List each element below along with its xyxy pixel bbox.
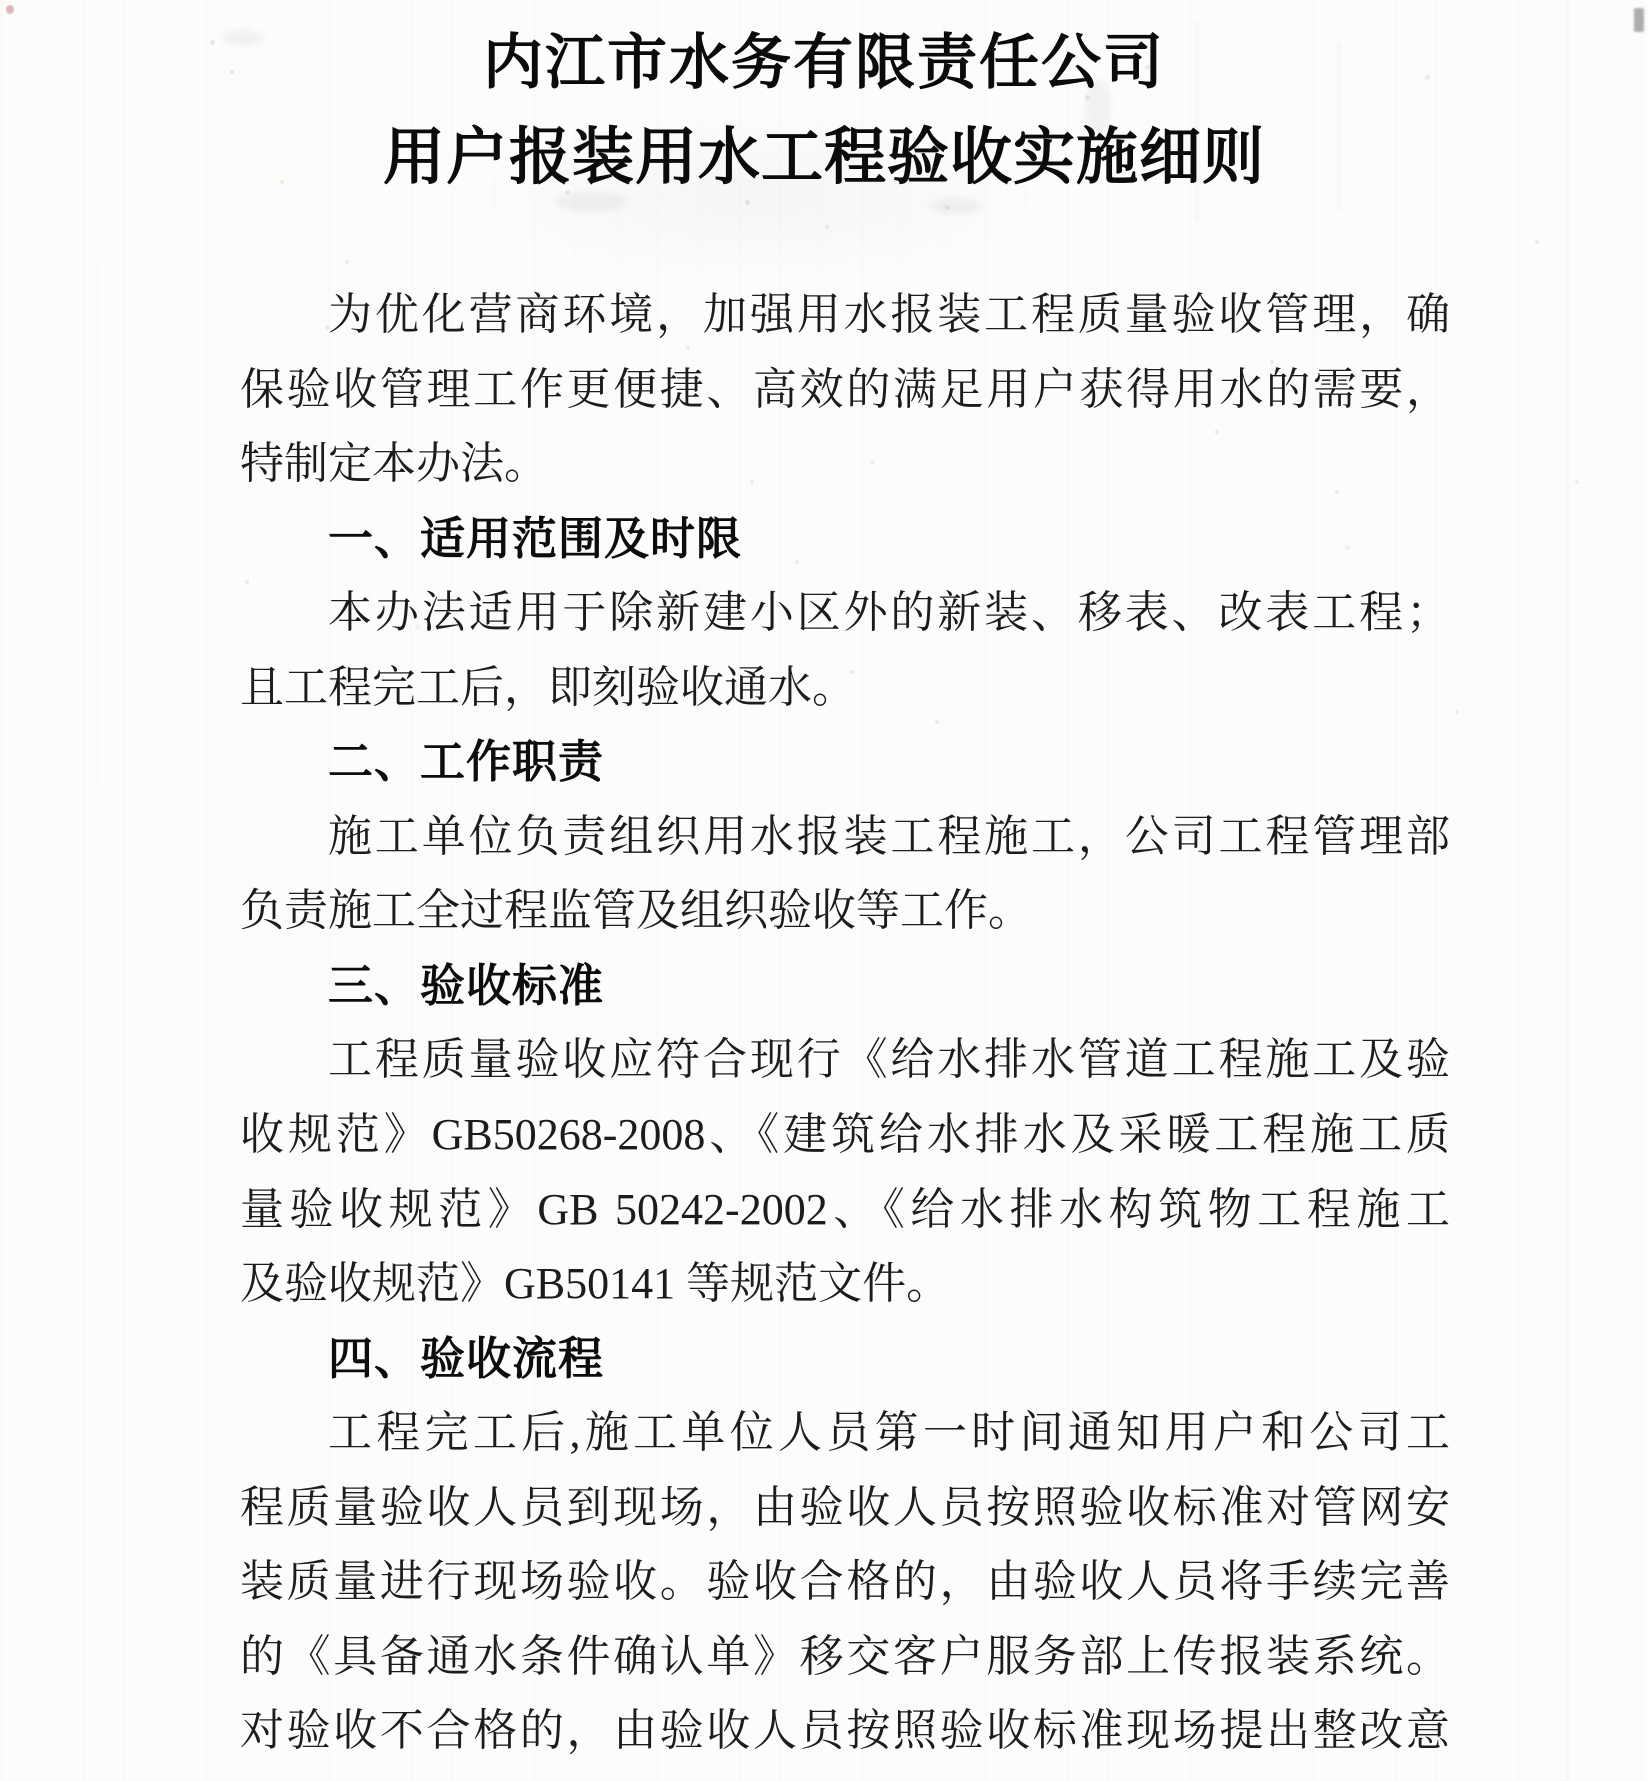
- scanned-document-page: 内江市水务有限责任公司 用户报装用水工程验收实施细则 为优化营商环境，加强用水报…: [0, 0, 1648, 1781]
- text-line: 量验收规范》GB 50242-2002、《给水排水构筑物工程施工: [240, 1173, 1450, 1248]
- text-line: 特制定本办法。: [240, 427, 1450, 502]
- document-title-line-2: 用户报装用水工程验收实施细则: [0, 118, 1648, 198]
- scan-streak: [1566, 0, 1569, 1781]
- text-line: 为优化营商环境，加强用水报装工程质量验收管理，确: [240, 278, 1450, 353]
- section-heading-4: 四、验收流程: [240, 1322, 1450, 1397]
- scan-corner-speck: [6, 5, 14, 14]
- text-line: 装质量进行现场验收。验收合格的，由验收人员将手续完善: [240, 1545, 1450, 1620]
- text-line: 及验收规范》GB50141 等规范文件。: [240, 1247, 1450, 1322]
- text-line: 收规范》GB50268-2008、《建筑给水排水及采暖工程施工质: [240, 1098, 1450, 1173]
- text-line: 程质量验收人员到现场，由验收人员按照验收标准对管网安: [240, 1471, 1450, 1546]
- text-line: 且工程完工后，即刻验收通水。: [240, 651, 1450, 726]
- text-line: 工程完工后,施工单位人员第一时间通知用户和公司工: [240, 1396, 1450, 1471]
- scan-smudge: [930, 198, 982, 214]
- document-body: 为优化营商环境，加强用水报装工程质量验收管理，确 保验收管理工作更便捷、高效的满…: [240, 278, 1450, 1769]
- text-line: 工程质量验收应符合现行《给水排水管道工程施工及验: [240, 1023, 1450, 1098]
- text-line: 对验收不合格的，由验收人员按照验收标准现场提出整改意: [240, 1694, 1450, 1769]
- document-title-line-1: 内江市水务有限责任公司: [0, 24, 1648, 102]
- scan-streak: [96, 262, 98, 782]
- text-line: 负责施工全过程监管及组织验收等工作。: [240, 874, 1450, 949]
- section-heading-2: 二、工作职责: [240, 725, 1450, 800]
- document-title: 内江市水务有限责任公司 用户报装用水工程验收实施细则: [0, 24, 1648, 198]
- text-line: 施工单位负责组织用水报装工程施工，公司工程管理部: [240, 800, 1450, 875]
- section-heading-1: 一、适用范围及时限: [240, 502, 1450, 577]
- text-line: 的《具备通水条件确认单》移交客户服务部上传报装系统。: [240, 1620, 1450, 1695]
- section-heading-3: 三、验收标准: [240, 949, 1450, 1024]
- text-line: 本办法适用于除新建小区外的新装、移表、改表工程；: [240, 576, 1450, 651]
- text-line: 保验收管理工作更便捷、高效的满足用户获得用水的需要，: [240, 353, 1450, 428]
